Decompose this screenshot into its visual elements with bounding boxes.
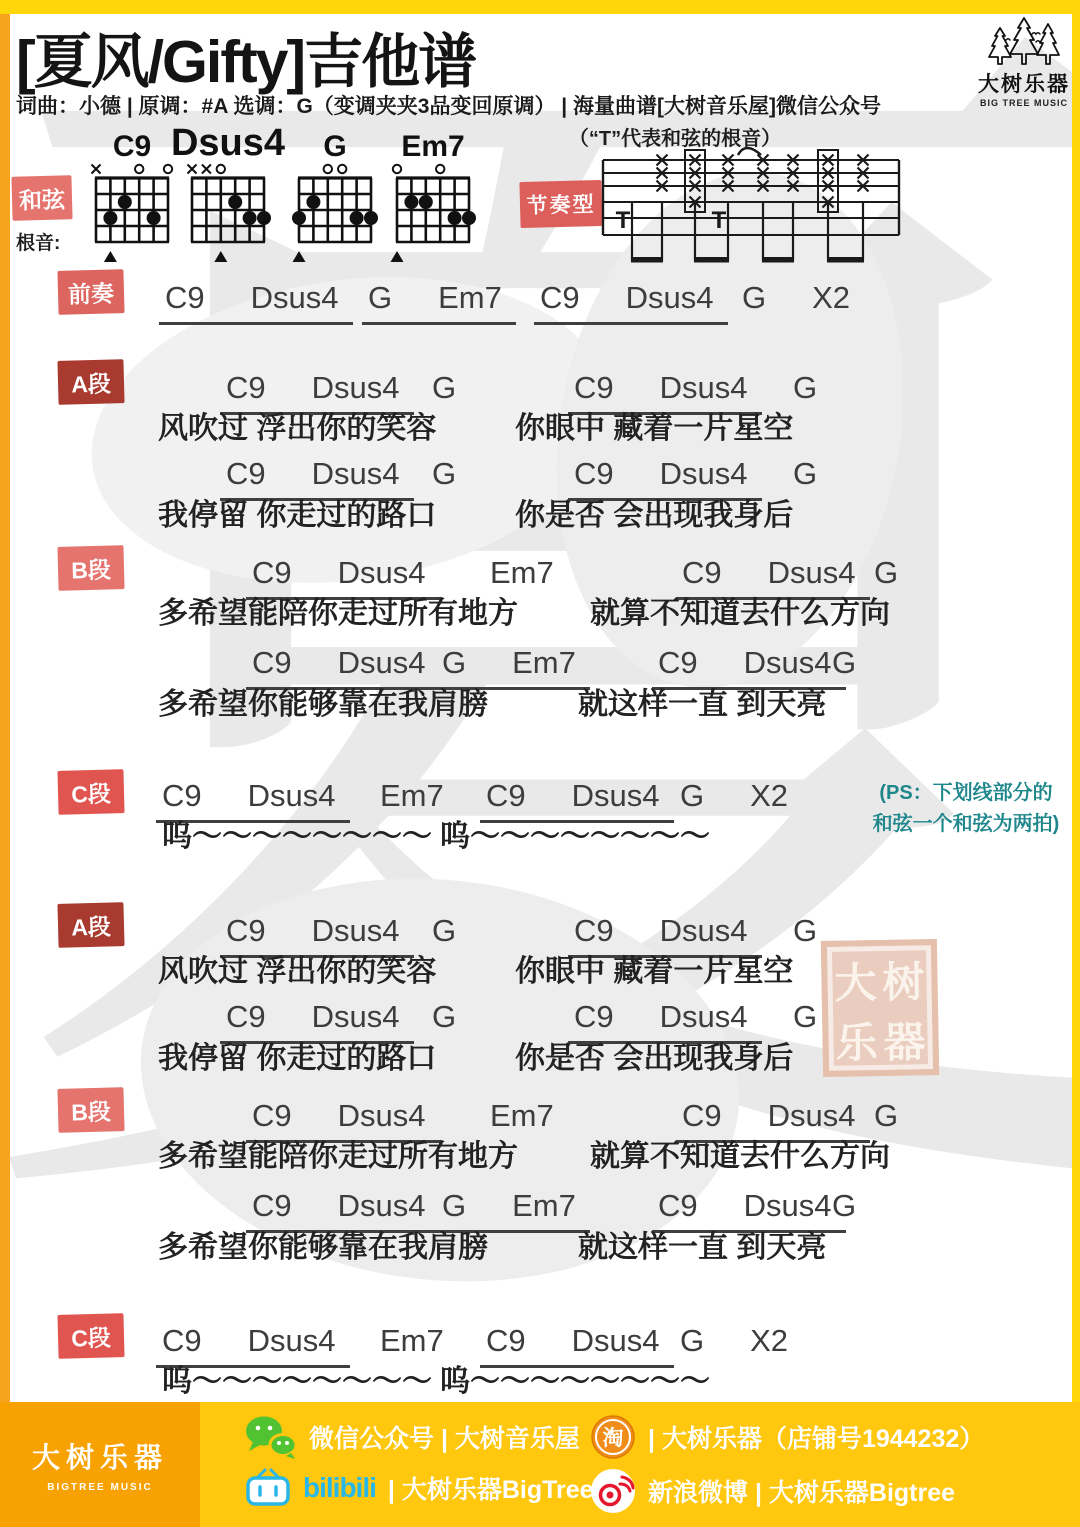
lyric-phrase: 我停留 你走过的路口 [158, 499, 436, 532]
chord-group: C9Dsus4 [156, 780, 350, 823]
chord-diagram-label: Dsus4 [180, 120, 276, 162]
chord: G [793, 372, 817, 405]
lyric-phrase: 我停留 你走过的路口 [158, 1042, 436, 1075]
page-title: [夏风/Gifty]吉他谱 [16, 14, 475, 99]
root-note-label: 根音: [16, 228, 60, 255]
chord: C9 [486, 1325, 526, 1358]
chord: Em7 [438, 282, 502, 315]
chord-group: Em7 [380, 780, 444, 813]
chord-group: C9Dsus4 [246, 647, 440, 690]
chord-group: C9Dsus4 [246, 1100, 440, 1143]
chord-group: GX2 [680, 1325, 788, 1358]
chord: Dsus4 [660, 372, 748, 405]
lyric-phrase: 呜～～～～～～～～ [162, 820, 432, 853]
chord: G [742, 282, 766, 315]
section-badge-C段: C段 [57, 769, 124, 815]
chord: C9 [162, 780, 202, 813]
chord: Dsus4 [338, 557, 426, 590]
rhythm-panel-badge: 节奏型 [519, 180, 602, 228]
chord: Dsus4 [312, 372, 400, 405]
section-badge-前奏: 前奏 [57, 269, 124, 315]
chord-diagram-label: C9 [84, 120, 180, 162]
footer-brand-name: 大树乐器 [32, 1436, 168, 1476]
chord-group: C9Dsus4 [568, 1001, 762, 1044]
section-badge-A段: A段 [57, 902, 124, 948]
chord-group: C9Dsus4 [652, 647, 846, 690]
chord: G [874, 1100, 898, 1133]
chord: G [680, 1325, 704, 1358]
chord-group: C9Dsus4 [220, 915, 414, 958]
chord: X2 [812, 282, 850, 315]
lyric-phrase: 多希望你能够靠在我肩膀 [158, 688, 488, 721]
lyric-phrase: 你眼中 藏着一片星空 [515, 412, 793, 445]
chord: Em7 [512, 1190, 576, 1223]
chord: C9 [226, 458, 266, 491]
chord: C9 [574, 458, 614, 491]
brand-logo-tagline: BIG TREE MUSIC [972, 98, 1076, 108]
ps-note-line2: 和弦一个和弦为两拍) [854, 809, 1078, 840]
seal-char: 大 [834, 950, 877, 1011]
chord-group: G [432, 915, 456, 948]
chord: C9 [658, 1190, 698, 1223]
chord-group: G [793, 915, 817, 948]
lyric-phrase: 风吹过 浮出你的笑容 [158, 955, 436, 988]
lyric-phrase: 风吹过 浮出你的笑容 [158, 412, 436, 445]
chord-group: C9Dsus4 [568, 915, 762, 958]
chord: Em7 [512, 647, 576, 680]
chord: Dsus4 [338, 647, 426, 680]
chord: C9 [658, 647, 698, 680]
chord-group: GEm7 [436, 1190, 590, 1233]
chord: Dsus4 [572, 1325, 660, 1358]
chord-group: Em7 [490, 1100, 554, 1133]
lyric-phrase: 就这样一直 到天亮 [578, 688, 826, 721]
tree-logo-icon [972, 16, 1076, 68]
chord: G [368, 282, 392, 315]
chord: G [680, 780, 704, 813]
chord-group: C9Dsus4 [156, 1325, 350, 1368]
footer-item-text: | 大树乐器BigTree [388, 1470, 594, 1506]
chord: Dsus4 [744, 1190, 832, 1223]
chord-diagram-label: Em7 [385, 120, 481, 162]
lyric-phrase: 就这样一直 到天亮 [578, 1231, 826, 1264]
chord: Dsus4 [626, 282, 714, 315]
chord: C9 [574, 372, 614, 405]
lyric-phrase: 呜～～～～～～～～ [440, 820, 710, 853]
chord: C9 [540, 282, 580, 315]
chord-group: C9Dsus4 [159, 282, 353, 325]
footer-item-text: 微信公众号 | 大树音乐屋 [309, 1419, 580, 1455]
brand-seal-stamp: 大 树 乐 器 [821, 939, 939, 1077]
chord: Dsus4 [338, 1100, 426, 1133]
lyric-phrase: 呜～～～～～～～～ [162, 1365, 432, 1398]
chord: C9 [252, 1100, 292, 1133]
footer-item-bilibili: bilibili | 大树乐器BigTree [245, 1468, 594, 1508]
bilibili-wordmark: bilibili [303, 1472, 376, 1504]
chord-group: G [874, 1100, 898, 1133]
chord: Dsus4 [572, 780, 660, 813]
footer-brand-tagline: BIGTREE MUSIC [47, 1482, 152, 1493]
chord: C9 [226, 1001, 266, 1034]
chord: G [793, 915, 817, 948]
rhythm-pattern-staff: TT [601, 140, 903, 272]
lyric-phrase: 就算不知道去什么方向 [590, 1140, 890, 1173]
chord-group: C9Dsus4 [246, 1190, 440, 1233]
chord: X2 [750, 1325, 788, 1358]
chord-group: C9Dsus4 [220, 372, 414, 415]
chord: C9 [486, 780, 526, 813]
chord-group: G [793, 458, 817, 491]
brand-logo-name: 大树乐器 [972, 68, 1076, 98]
ps-note-line1: (PS：下划线部分的 [854, 778, 1078, 809]
page-border-top [0, 0, 1080, 14]
chord: Dsus4 [768, 557, 856, 590]
lyric-phrase: 多希望能陪你走过所有地方 [158, 597, 518, 630]
chord-group: C9Dsus4 [480, 780, 674, 823]
chord-group: G [432, 1001, 456, 1034]
chord-group: GEm7 [436, 647, 590, 690]
chord: G [442, 647, 466, 680]
chord-group: C9Dsus4 [568, 458, 762, 501]
chord-diagram-Dsus4: Dsus4 [180, 120, 276, 266]
lyric-phrase: 多希望能陪你走过所有地方 [158, 1140, 518, 1173]
chord-grid [287, 162, 383, 266]
svg-text:T: T [616, 207, 631, 234]
lyric-phrase: 你眼中 藏着一片星空 [515, 955, 793, 988]
bilibili-icon [245, 1468, 291, 1508]
footer-items: 微信公众号 | 大树音乐屋 淘 | 大树乐器（店铺号1944232） bili [200, 1402, 1080, 1527]
lyric-phrase: 就算不知道去什么方向 [590, 597, 890, 630]
chord: C9 [252, 1190, 292, 1223]
chord-group: Em7 [490, 557, 554, 590]
chord: G [442, 1190, 466, 1223]
chord: Dsus4 [660, 1001, 748, 1034]
chord-group: G [432, 372, 456, 405]
chord-grid [84, 162, 180, 266]
lyric-phrase: 你是否 会出现我身后 [515, 499, 793, 532]
chord: Dsus4 [768, 1100, 856, 1133]
chord-group: C9Dsus4 [220, 1001, 414, 1044]
page-border-left [0, 0, 10, 1527]
chord: Dsus4 [744, 647, 832, 680]
chord: C9 [574, 1001, 614, 1034]
chord: Dsus4 [338, 1190, 426, 1223]
chord-group: C9Dsus4 [220, 458, 414, 501]
chord: C9 [574, 915, 614, 948]
footer-item-text: | 大树乐器（店铺号1944232） [648, 1419, 984, 1455]
chord: G [432, 915, 456, 948]
footer: 大树乐器 BIGTREE MUSIC 微信公众号 | 大树音乐屋 [0, 1402, 1080, 1527]
chord-group: C9Dsus4 [676, 557, 870, 600]
chord: Dsus4 [660, 458, 748, 491]
wechat-icon [245, 1414, 297, 1460]
chord-group: G [874, 557, 898, 590]
chord: G [793, 458, 817, 491]
footer-item-taobao: 淘 | 大树乐器（店铺号1944232） [590, 1414, 984, 1460]
chord-diagram-G: G [287, 120, 383, 266]
chord: Em7 [490, 557, 554, 590]
footer-item-text: 新浪微博 | 大树乐器Bigtree [648, 1473, 955, 1509]
page-subtitle: 词曲：小德 | 原调：#A 选调：G（变调夹夹3品变回原调） | 海量曲谱[大树… [16, 90, 881, 120]
footer-item-wechat: 微信公众号 | 大树音乐屋 [245, 1414, 580, 1460]
svg-text:淘: 淘 [603, 1426, 624, 1450]
chord: G [432, 372, 456, 405]
seal-char: 树 [882, 949, 925, 1010]
chord-group: G [832, 647, 856, 680]
chord-group: G [793, 1001, 817, 1034]
footer-item-weibo: 新浪微博 | 大树乐器Bigtree [590, 1468, 955, 1514]
chords-panel-badge: 和弦 [11, 175, 72, 221]
chord-group: G [832, 1190, 856, 1223]
chord-group: Em7 [380, 1325, 444, 1358]
lyric-phrase: 呜～～～～～～～～ [440, 1365, 710, 1398]
chord: Dsus4 [312, 915, 400, 948]
ps-note: (PS：下划线部分的 和弦一个和弦为两拍) [854, 778, 1078, 840]
chord: C9 [165, 282, 205, 315]
chord: G [793, 1001, 817, 1034]
chord: Dsus4 [248, 1325, 336, 1358]
seal-char: 器 [883, 1009, 926, 1070]
seal-char: 乐 [835, 1010, 878, 1071]
chord: C9 [162, 1325, 202, 1358]
chord: Em7 [380, 1325, 444, 1358]
chord: Dsus4 [248, 780, 336, 813]
chord-diagram-Em7: Em7 [385, 120, 481, 266]
chord: C9 [226, 372, 266, 405]
chord-diagram-label: G [287, 120, 383, 162]
chord-group: G [432, 458, 456, 491]
taobao-icon: 淘 [590, 1414, 636, 1460]
chord-group: C9Dsus4 [568, 372, 762, 415]
footer-brand-block: 大树乐器 BIGTREE MUSIC [0, 1402, 200, 1527]
chord: C9 [252, 647, 292, 680]
chord-group: GX2 [680, 780, 788, 813]
chord: C9 [252, 557, 292, 590]
chord: Dsus4 [251, 282, 339, 315]
chord: X2 [750, 780, 788, 813]
section-badge-A段: A段 [57, 359, 124, 405]
chord: Dsus4 [312, 458, 400, 491]
section-badge-C段: C段 [57, 1313, 124, 1359]
chord: Dsus4 [660, 915, 748, 948]
chord: Em7 [380, 780, 444, 813]
weibo-icon [590, 1468, 636, 1514]
chord-group: C9Dsus4 [652, 1190, 846, 1233]
brand-logo: 大树乐器 BIG TREE MUSIC [972, 16, 1076, 108]
chord-group: C9Dsus4 [246, 557, 440, 600]
chord-diagram-C9: C9 [84, 120, 180, 266]
section-badge-B段: B段 [57, 1087, 124, 1133]
chord: G [432, 1001, 456, 1034]
chord: G [832, 1190, 856, 1223]
section-badge-B段: B段 [57, 545, 124, 591]
lyric-phrase: 你是否 会出现我身后 [515, 1042, 793, 1075]
chord: Dsus4 [312, 1001, 400, 1034]
chord-group: GX2 [742, 282, 850, 315]
chord: C9 [682, 557, 722, 590]
chord-grid [385, 162, 481, 266]
page-border-right [1072, 0, 1080, 1527]
chord-group: C9Dsus4 [480, 1325, 674, 1368]
lyric-phrase: 多希望你能够靠在我肩膀 [158, 1231, 488, 1264]
chord: G [874, 557, 898, 590]
chord: C9 [226, 915, 266, 948]
chord-group: C9Dsus4 [676, 1100, 870, 1143]
chord-group: G [793, 372, 817, 405]
chord-group: GEm7 [362, 282, 516, 325]
chord-group: C9Dsus4 [534, 282, 728, 325]
chord: Em7 [490, 1100, 554, 1133]
chord: G [432, 458, 456, 491]
svg-text:T: T [712, 207, 727, 234]
chord: C9 [682, 1100, 722, 1133]
chord-grid [180, 162, 276, 266]
chord: G [832, 647, 856, 680]
